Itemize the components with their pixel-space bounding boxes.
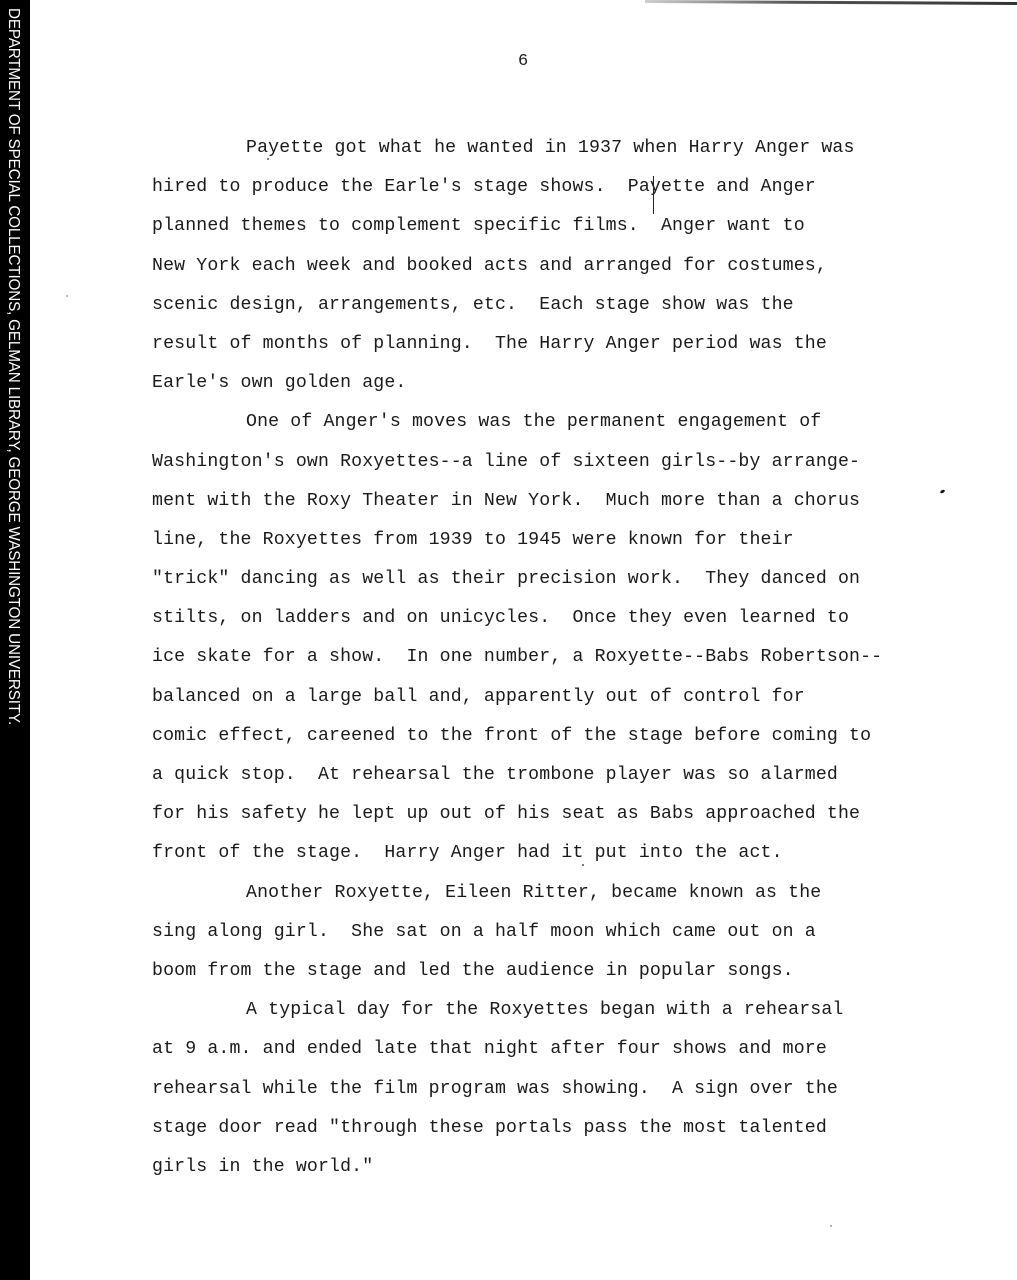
- scan-speck: [830, 1225, 832, 1227]
- text-line: girls in the world.": [152, 1148, 952, 1187]
- text-line: stage door read "through these portals p…: [152, 1109, 952, 1148]
- text-line: stilts, on ladders and on unicycles. Onc…: [152, 599, 952, 638]
- text-line: boom from the stage and led the audience…: [152, 952, 952, 991]
- scan-edge-line: [645, 0, 1017, 5]
- text-line: comic effect, careened to the front of t…: [152, 717, 952, 756]
- text-line: rehearsal while the film program was sho…: [152, 1070, 952, 1109]
- text-line: scenic design, arrangements, etc. Each s…: [152, 286, 952, 325]
- paragraph-4: A typical day for the Roxyettes began wi…: [152, 991, 952, 1187]
- text-line: at 9 a.m. and ended late that night afte…: [152, 1030, 952, 1069]
- scan-speck: [66, 295, 68, 297]
- text-line: New York each week and booked acts and a…: [152, 247, 952, 286]
- text-line: result of months of planning. The Harry …: [152, 325, 952, 364]
- text-line: Earle's own golden age.: [152, 364, 952, 403]
- text-line: a quick stop. At rehearsal the trombone …: [152, 756, 952, 795]
- text-line: hired to produce the Earle's stage shows…: [152, 168, 952, 207]
- text-line: sing along girl. She sat on a half moon …: [152, 913, 952, 952]
- scan-speck: [267, 158, 269, 160]
- text-line: Washington's own Roxyettes--a line of si…: [152, 443, 952, 482]
- text-line: balanced on a large ball and, apparently…: [152, 678, 952, 717]
- text-line: ment with the Roxy Theater in New York. …: [152, 482, 952, 521]
- archive-attribution: DEPARTMENT OF SPECIAL COLLECTIONS, GELMA…: [4, 8, 22, 725]
- text-line: ice skate for a show. In one number, a R…: [152, 638, 952, 677]
- text-line: front of the stage. Harry Anger had it p…: [152, 834, 952, 873]
- text-line: One of Anger's moves was the permanent e…: [152, 403, 952, 442]
- paragraph-3: Another Roxyette, Eileen Ritter, became …: [152, 874, 952, 992]
- scan-speck: [582, 864, 584, 866]
- text-line: line, the Roxyettes from 1939 to 1945 we…: [152, 521, 952, 560]
- text-line: A typical day for the Roxyettes began wi…: [152, 991, 952, 1030]
- archive-side-strip: DEPARTMENT OF SPECIAL COLLECTIONS, GELMA…: [0, 0, 30, 1280]
- document-body: Payette got what he wanted in 1937 when …: [152, 129, 952, 1187]
- text-line: planned themes to complement specific fi…: [152, 207, 952, 246]
- page-number: 6: [518, 52, 528, 71]
- text-line: for his safety he lept up out of his sea…: [152, 795, 952, 834]
- text-line: "trick" dancing as well as their precisi…: [152, 560, 952, 599]
- paragraph-2: One of Anger's moves was the permanent e…: [152, 403, 952, 873]
- text-line: Another Roxyette, Eileen Ritter, became …: [152, 874, 952, 913]
- paragraph-1: Payette got what he wanted in 1937 when …: [152, 129, 952, 403]
- text-line: Payette got what he wanted in 1937 when …: [152, 129, 952, 168]
- edit-mark: [653, 176, 654, 214]
